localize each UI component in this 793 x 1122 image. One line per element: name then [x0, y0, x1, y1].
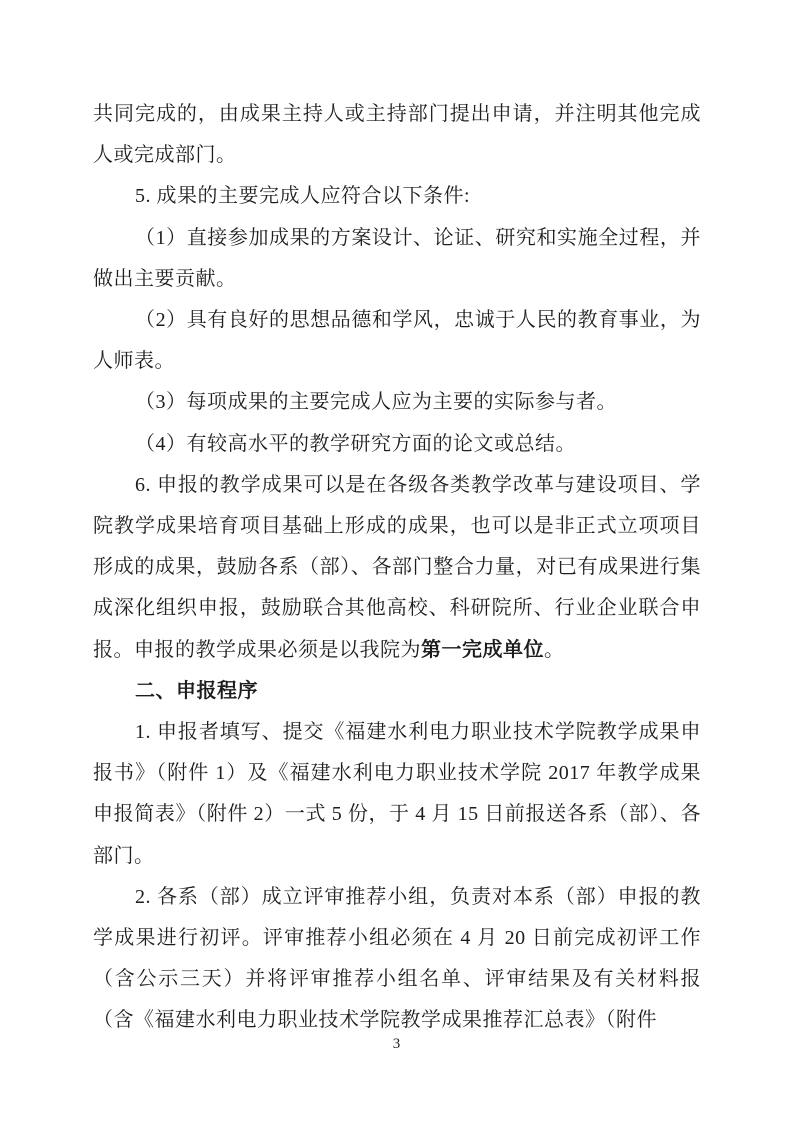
text-run: 6. 申报的教学成果可以是在各级各类教学改革与建设项目、学院教学成果培育项目基础… [93, 474, 701, 661]
document-body: 共同完成的，由成果主持人或主持部门提出申请，并注明其他完成人或完成部门。5. 成… [93, 94, 701, 1042]
paragraph: （4）有较高水平的教学研究方面的论文或总结。 [93, 424, 701, 465]
paragraph: （1）直接参加成果的方案设计、论证、研究和实施全过程，并做出主要贡献。 [93, 218, 701, 300]
page-number: 3 [0, 1036, 793, 1053]
text-run: 共同完成的，由成果主持人或主持部门提出申请，并注明其他完成人或完成部门。 [93, 103, 701, 166]
paragraph: （3）每项成果的主要完成人应为主要的实际参与者。 [93, 382, 701, 423]
text-run: （4）有较高水平的教学研究方面的论文或总结。 [135, 433, 576, 455]
text-run: 1. 申报者填写、提交《福建水利电力职业技术学院教学成果申报书》（附件 1）及《… [93, 721, 701, 867]
text-run: 5. 成果的主要完成人应符合以下条件: [135, 185, 470, 207]
text-run: （1）直接参加成果的方案设计、论证、研究和实施全过程，并做出主要贡献。 [93, 227, 701, 290]
document-page: 共同完成的，由成果主持人或主持部门提出申请，并注明其他完成人或完成部门。5. 成… [0, 0, 793, 1122]
text-run: 第一完成单位 [421, 639, 544, 661]
text-run: （2）具有良好的思想品德和学风，忠诚于人民的教育事业，为人师表。 [93, 309, 701, 372]
paragraph: 5. 成果的主要完成人应符合以下条件: [93, 176, 701, 217]
text-run: 。 [544, 639, 565, 661]
text-run: 二、申报程序 [135, 680, 258, 702]
paragraph: 2. 各系（部）成立评审推荐小组，负责对本系（部）申报的教学成果进行初评。评审推… [93, 877, 701, 1042]
text-run: 2. 各系（部）成立评审推荐小组，负责对本系（部）申报的教学成果进行初评。评审推… [93, 886, 701, 1032]
paragraph: 共同完成的，由成果主持人或主持部门提出申请，并注明其他完成人或完成部门。 [93, 94, 701, 176]
paragraph: 1. 申报者填写、提交《福建水利电力职业技术学院教学成果申报书》（附件 1）及《… [93, 712, 701, 877]
paragraph: （2）具有良好的思想品德和学风，忠诚于人民的教育事业，为人师表。 [93, 300, 701, 382]
text-run: （3）每项成果的主要完成人应为主要的实际参与者。 [135, 391, 617, 413]
section-heading: 二、申报程序 [93, 671, 701, 712]
paragraph: 6. 申报的教学成果可以是在各级各类教学改革与建设项目、学院教学成果培育项目基础… [93, 465, 701, 671]
